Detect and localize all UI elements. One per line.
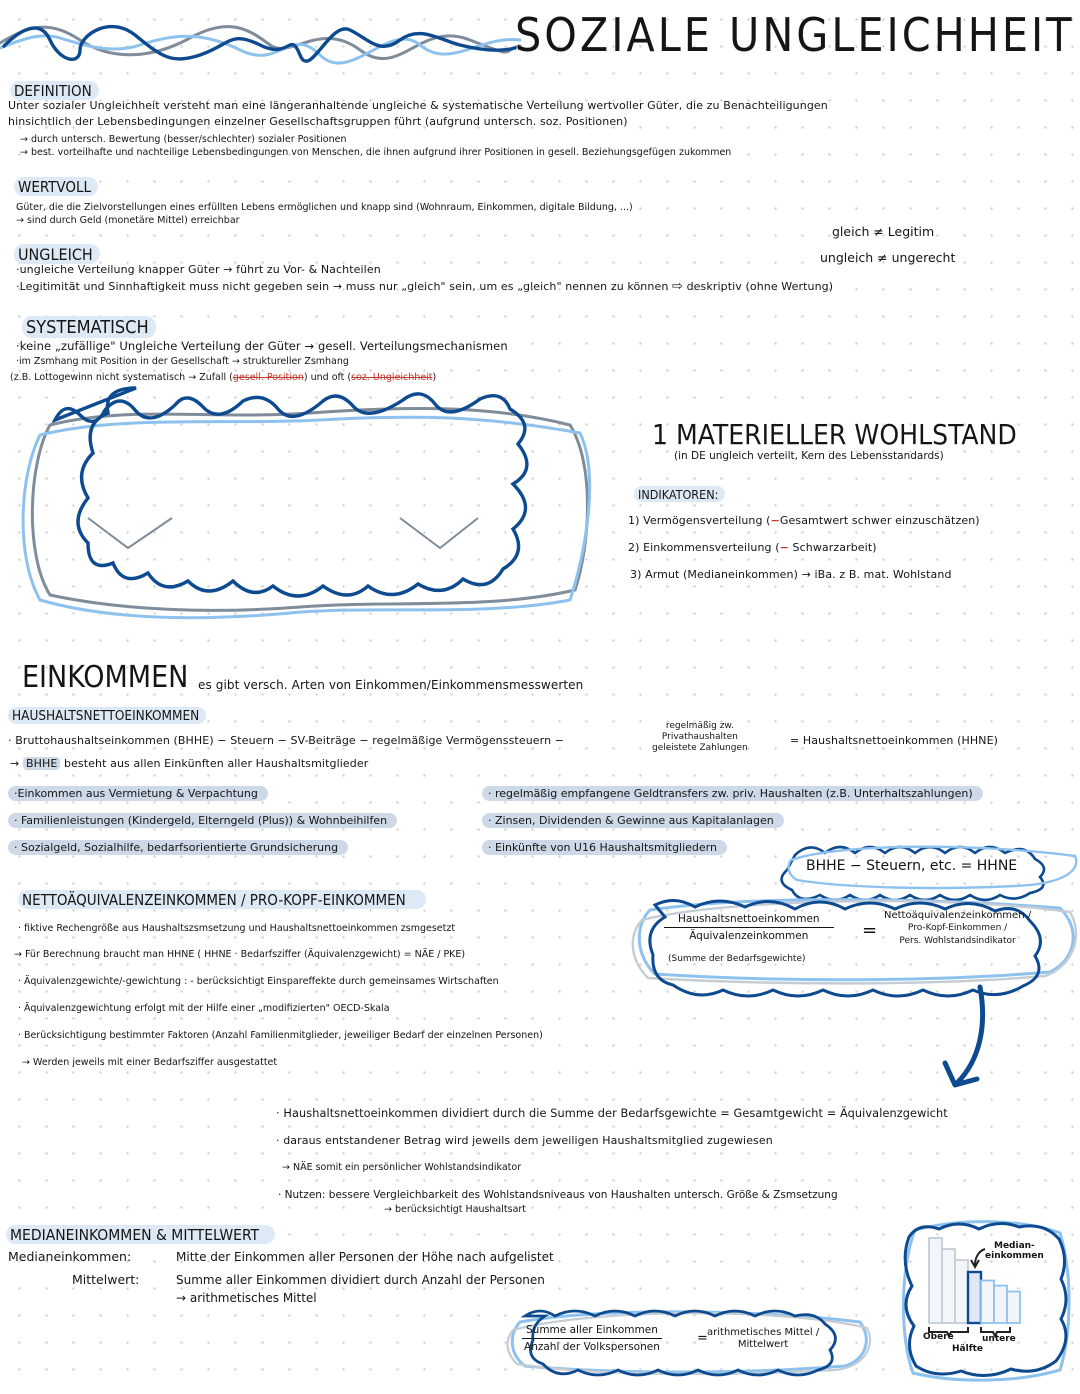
definition-line-1: Unter sozialer Ungleichheit versteht man…	[8, 99, 828, 112]
fraction-denominator: Äquivalenzeinkommen	[689, 928, 808, 942]
mittelwert-fraction: Summe aller Einkommen Anzahl der Volkspe…	[522, 1324, 662, 1353]
mittelwert-label: Mittelwert:	[72, 1272, 139, 1287]
wertvoll-line-2: → sind durch Geld (monetäre Mittel) erre…	[16, 215, 240, 226]
income-component: · regelmäßig empfangene Geldtransfers zw…	[482, 786, 983, 801]
half-label: Hälfte	[952, 1344, 983, 1354]
median-heading: MEDIANEINKOMMEN & MITTELWERT	[6, 1225, 275, 1244]
nae-explain-line: · Nutzen: bessere Vergleichbarkeit des W…	[278, 1189, 838, 1201]
systematisch-line-1: ·keine „zufällige" Ungleiche Verteilung …	[16, 339, 508, 353]
definition-bullet: → durch untersch. Bewertung (besser/schl…	[20, 134, 346, 145]
hhne-heading: HAUSHALTSNETTOEINKOMMEN	[8, 707, 206, 724]
nae-formula-equals: =	[862, 920, 877, 941]
einkommen-subtitle: es gibt versch. Arten von Einkommen/Eink…	[198, 678, 583, 692]
fraction-numerator: Haushaltsnettoeinkommen	[664, 913, 834, 928]
systematisch-heading: SYSTEMATISCH	[22, 316, 156, 338]
page-title: SOZIALE UNGLEICHHEIT	[515, 8, 1075, 62]
income-component: · Sozialgeld, Sozialhilfe, bedarfsorient…	[8, 840, 348, 855]
title-squiggle-decoration	[0, 10, 520, 70]
income-component: · Einkünfte von U16 Haushaltsmitgliedern	[482, 840, 727, 855]
systematisch-line-3: (z.B. Lottogewinn nicht systematisch → Z…	[10, 372, 436, 383]
nae-formula-den-sub: (Summe der Bedarfsgewichte)	[668, 954, 806, 964]
dimensions-cloud-frame	[10, 395, 600, 620]
bhhe-note-text: besteht aus allen Einkünften aller Haush…	[60, 757, 368, 770]
curved-arrow-icon	[935, 985, 995, 1095]
bhhe-note: → BHHE besteht aus allen Einkünften alle…	[10, 757, 368, 770]
arrow-icon: →	[10, 757, 19, 770]
result-line: Pers. Wohlstandsindikator	[884, 935, 1031, 948]
wertvoll-line-1: Güter, die die Zielvorstellungen eines e…	[16, 202, 633, 213]
stack-line: regelmäßig zw.	[652, 721, 748, 732]
income-component: · Familienleistungen (Kindergeld, Eltern…	[8, 813, 397, 828]
indicator-note: Gesamtwert schwer einzuschätzen)	[780, 514, 980, 527]
definition-line-2: hinsichtlich der Lebensbedingungen einze…	[8, 115, 628, 128]
systematisch-example-mid: ) und oft (	[304, 372, 351, 383]
ungleich-line-2-conclusion: deskriptiv (ohne Wertung)	[683, 280, 833, 293]
mittelwert-text: Summe aller Einkommen dividiert durch An…	[176, 1273, 545, 1287]
result-line: arithmetisches Mittel /	[707, 1327, 819, 1339]
indicator-item: 2) Einkommensverteilung (− Schwarzarbeit…	[628, 541, 877, 554]
systematisch-example: (z.B. Lottogewinn nicht systematisch → Z…	[10, 372, 233, 383]
nae-formula: Haushaltsnettoeinkommen Äquivalenzeinkom…	[664, 913, 834, 942]
struck-text: gesell. Position	[233, 372, 304, 383]
hhne-formula-result: = Haushaltsnettoeinkommen (HHNE)	[790, 734, 998, 747]
nae-line: → Werden jeweils mit einer Bedarfsziffer…	[22, 1057, 277, 1068]
indicator-note: Schwarzarbeit)	[789, 541, 877, 554]
income-component: ·Einkommen aus Vermietung & Verpachtung	[8, 786, 268, 801]
nae-line: · Berücksichtigung bestimmter Faktoren (…	[18, 1030, 543, 1041]
mittelwert-arrow-text: → arithmetisches Mittel	[176, 1291, 317, 1305]
systematisch-line-2: ·im Zsmhang mit Position in der Gesellsc…	[16, 356, 349, 367]
nae-line: → Für Berechnung braucht man HHNE ( HHNE…	[14, 949, 465, 960]
indicator-text: 2) Einkommensverteilung (	[628, 541, 780, 554]
mittelwert-formula: Summe aller Einkommen Anzahl der Volkspe…	[522, 1324, 662, 1353]
ungleich-line-1: ·ungleiche Verteilung knapper Güter → fü…	[16, 263, 381, 276]
nae-line: · Äquivalenzgewichte/-gewichtung : - ber…	[18, 976, 499, 987]
fraction-denominator: Anzahl der Volkspersonen	[524, 1339, 660, 1353]
nae-heading: NETTOÄQUIVALENZEINKOMMEN / PRO-KOPF-EINK…	[18, 890, 426, 909]
median-label: Medianeinkommen:	[8, 1249, 131, 1264]
indicator-item: 3) Armut (Medianeinkommen) → iBa. z B. m…	[630, 568, 952, 581]
ungleich-line-2: ·Legitimität und Sinnhaftigkeit muss nic…	[16, 279, 833, 294]
fraction-numerator: Summe aller Einkommen	[522, 1324, 662, 1339]
hhne-formula-stack: regelmäßig zw. Privathaushalten geleiste…	[652, 721, 748, 754]
indicator-item: 1) Vermögensverteilung (−Gesamtwert schw…	[628, 514, 980, 527]
definition-bullet: → best. vorteilhafte und nachteilige Leb…	[20, 147, 731, 158]
income-component: · Zinsen, Dividenden & Gewinne aus Kapit…	[482, 813, 784, 828]
result-line: Mittelwert	[707, 1339, 819, 1351]
ungleich-line-2-text: ·Legitimität und Sinnhaftigkeit muss nic…	[16, 280, 672, 293]
lower-half-label: untere	[982, 1334, 1016, 1344]
nae-line: · fiktive Rechengröße aus Haushaltszsmse…	[18, 923, 455, 934]
double-arrow-icon: ⇨	[672, 279, 683, 294]
minus-icon: −	[780, 541, 789, 554]
stack-line: geleistete Zahlungen	[652, 743, 748, 754]
result-line: Pro-Kopf-Einkommen /	[884, 922, 1031, 935]
ungleich-heading: UNGLEICH	[14, 244, 100, 264]
hhne-summary-box: BHHE − Steuern, etc. = HHNE	[806, 858, 1017, 874]
indicators-heading: INDIKATOREN:	[634, 486, 725, 502]
median-diagram-label: Median- einkommen	[985, 1241, 1044, 1261]
mittelwert-formula-result: arithmetisches Mittel / Mittelwert	[707, 1327, 819, 1351]
label-line: Median-	[985, 1241, 1044, 1251]
struck-text: soz. Ungleichheit	[351, 372, 432, 383]
result-line: Nettoäquivalenzeinkommen /	[884, 909, 1031, 922]
nae-formula-result: Nettoäquivalenzeinkommen / Pro-Kopf-Eink…	[884, 909, 1031, 948]
indicator-text: 1) Vermögensverteilung (	[628, 514, 771, 527]
wertvoll-heading: WERTVOLL	[14, 177, 98, 196]
hhne-formula: · Bruttohaushaltseinkommen (BHHE) − Steu…	[8, 734, 564, 747]
einkommen-title: EINKOMMEN	[22, 660, 188, 695]
upper-half-label: Obere	[923, 1332, 954, 1342]
median-text: Mitte der Einkommen aller Personen der H…	[176, 1250, 554, 1264]
nae-line: · Äquivalenzgewichtung erfolgt mit der H…	[18, 1003, 390, 1014]
nae-explain-line: → berücksichtigt Haushaltsart	[384, 1204, 526, 1215]
wohlstand-subtitle: (in DE ungleich verteilt, Kern des Leben…	[674, 450, 944, 462]
nae-explain-line: → NÄE somit ein persönlicher Wohlstandsi…	[282, 1162, 521, 1173]
note-ungleich-ungerecht: ungleich ≠ ungerecht	[820, 250, 955, 265]
wohlstand-title: 1 MATERIELLER WOHLSTAND	[652, 418, 1017, 451]
note-gleich-legitim: gleich ≠ Legitim	[832, 224, 934, 239]
minus-icon: −	[771, 514, 780, 527]
nae-explain-line: · Haushaltsnettoeinkommen dividiert durc…	[276, 1107, 948, 1120]
definition-heading: DEFINITION	[10, 81, 99, 100]
systematisch-example-end: )	[433, 372, 437, 383]
stack-line: Privathaushalten	[652, 732, 748, 743]
label-line: einkommen	[985, 1251, 1044, 1261]
nae-fraction: Haushaltsnettoeinkommen Äquivalenzeinkom…	[664, 913, 834, 942]
bhhe-tag: BHHE	[23, 757, 60, 770]
indicator-text: 3) Armut (Medianeinkommen) → iBa. z B. m…	[630, 568, 952, 581]
nae-explain-line: · daraus entstandener Betrag wird jeweil…	[276, 1134, 773, 1147]
